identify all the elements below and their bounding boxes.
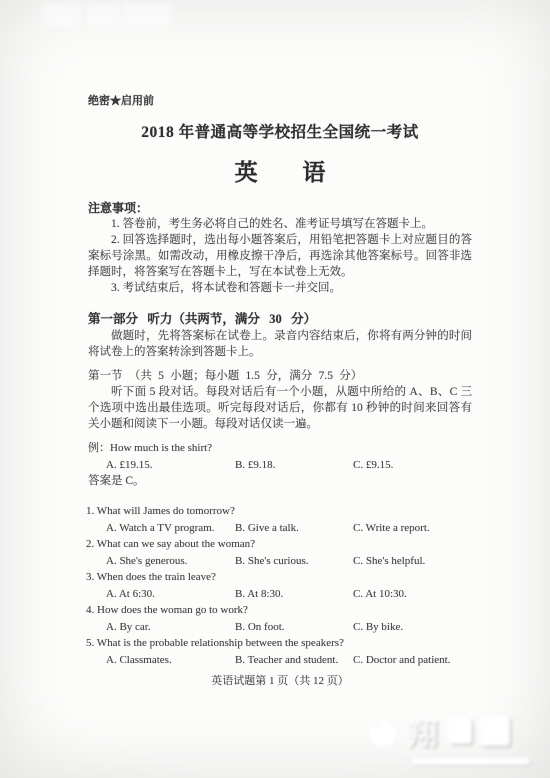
question-options: A. At 6:30. B. At 8:30. C. At 10:30. [88, 586, 472, 603]
question-options: A. Watch a TV program. B. Give a talk. C… [88, 520, 472, 537]
example-option-a: A. £19.15. [106, 457, 235, 474]
question-text: 1. What will James do tomorrow? [86, 503, 472, 520]
listening-questions: 1. What will James do tomorrow? A. Watch… [88, 503, 472, 668]
option-b: B. On foot. [235, 619, 353, 636]
question-text: 3. When does the train leave? [86, 569, 472, 586]
question-options: A. Classmates. B. Teacher and student. C… [88, 652, 472, 669]
classified-label: 绝密★启用前 [88, 92, 472, 108]
watermark-row: 翔 [368, 708, 546, 754]
watermark-url-bar [412, 758, 530, 765]
part1-heading: 第一部分 听力（共两节，满分 30 分） [88, 310, 472, 328]
question-1: 1. What will James do tomorrow? A. Watch… [88, 503, 472, 536]
option-a: A. By car. [106, 619, 235, 636]
question-5: 5. What is the probable relationship bet… [88, 635, 472, 668]
option-b: B. She's curious. [235, 553, 353, 570]
section1-instructions: 听下面 5 段对话。每段对话后有一个小题，从题中所给的 A、B、C 三个选项中选… [88, 384, 472, 432]
example-prompt: 例：How much is the shirt? [88, 440, 472, 457]
option-b: B. At 8:30. [235, 586, 353, 603]
notice-item-2: 2. 回答选择题时，选出每小题答案后，用铅笔把答题卡上对应题目的答案标号涂黑。如… [88, 232, 472, 280]
example-options: A. £19.15. B. £9.18. C. £9.15. [88, 457, 472, 474]
question-options: A. She's generous. B. She's curious. C. … [88, 553, 472, 570]
option-c: C. By bike. [353, 619, 472, 636]
section1-heading: 第一节 （共 5 小题；每小题 1.5 分，满分 7.5 分） [88, 368, 472, 384]
question-2: 2. What can we say about the woman? A. S… [88, 536, 472, 569]
example-option-b: B. £9.18. [235, 457, 353, 474]
option-a: A. She's generous. [106, 553, 235, 570]
option-c: C. At 10:30. [353, 586, 472, 603]
option-b: B. Teacher and student. [235, 652, 353, 669]
option-c: C. Doctor and patient. [353, 652, 472, 669]
part1-intro: 做题时，先将答案标在试卷上。录音内容结束后，你将有两分钟的时间将试卷上的答案转涂… [88, 328, 472, 360]
option-a: A. Watch a TV program. [106, 520, 235, 537]
question-text: 4. How does the woman go to work? [86, 602, 472, 619]
option-a: A. Classmates. [106, 652, 235, 669]
example-option-c: C. £9.15. [353, 457, 472, 474]
option-c: C. She's helpful. [353, 553, 472, 570]
question-4: 4. How does the woman go to work? A. By … [88, 602, 472, 635]
exam-paper-page: 绝密★启用前 2018 年普通高等学校招生全国统一考试 英 语 注意事项： 1.… [0, 0, 550, 778]
watermark: 翔 [368, 708, 546, 770]
watermark-glyph-blur [448, 718, 472, 744]
option-a: A. At 6:30. [106, 586, 235, 603]
notice-item-3: 3. 考试结束后，将本试卷和答题卡一并交回。 [88, 280, 472, 296]
question-text: 2. What can we say about the woman? [86, 536, 472, 553]
notice-item-1: 1. 答卷前，考生务必将自己的姓名、准考证号填写在答题卡上。 [88, 216, 472, 232]
question-3: 3. When does the train leave? A. At 6:30… [88, 569, 472, 602]
option-c: C. Write a report. [353, 520, 472, 537]
listening-example: 例：How much is the shirt? A. £19.15. B. £… [88, 440, 472, 489]
notice-heading: 注意事项： [88, 199, 472, 216]
page-content: 绝密★启用前 2018 年普通高等学校招生全国统一考试 英 语 注意事项： 1.… [88, 0, 472, 688]
question-options: A. By car. B. On foot. C. By bike. [88, 619, 472, 636]
question-text: 5. What is the probable relationship bet… [86, 635, 472, 652]
subject-title: 英 语 [88, 154, 472, 187]
watermark-logo-icon [368, 715, 398, 747]
exam-title: 2018 年普通高等学校招生全国统一考试 [88, 120, 472, 142]
example-answer: 答案是 C。 [88, 473, 472, 489]
watermark-text: 翔 [408, 709, 440, 753]
option-b: B. Give a talk. [235, 520, 353, 537]
watermark-glyph-blur [480, 716, 510, 746]
page-footer: 英语试题第 1 页（共 12 页） [88, 672, 472, 688]
